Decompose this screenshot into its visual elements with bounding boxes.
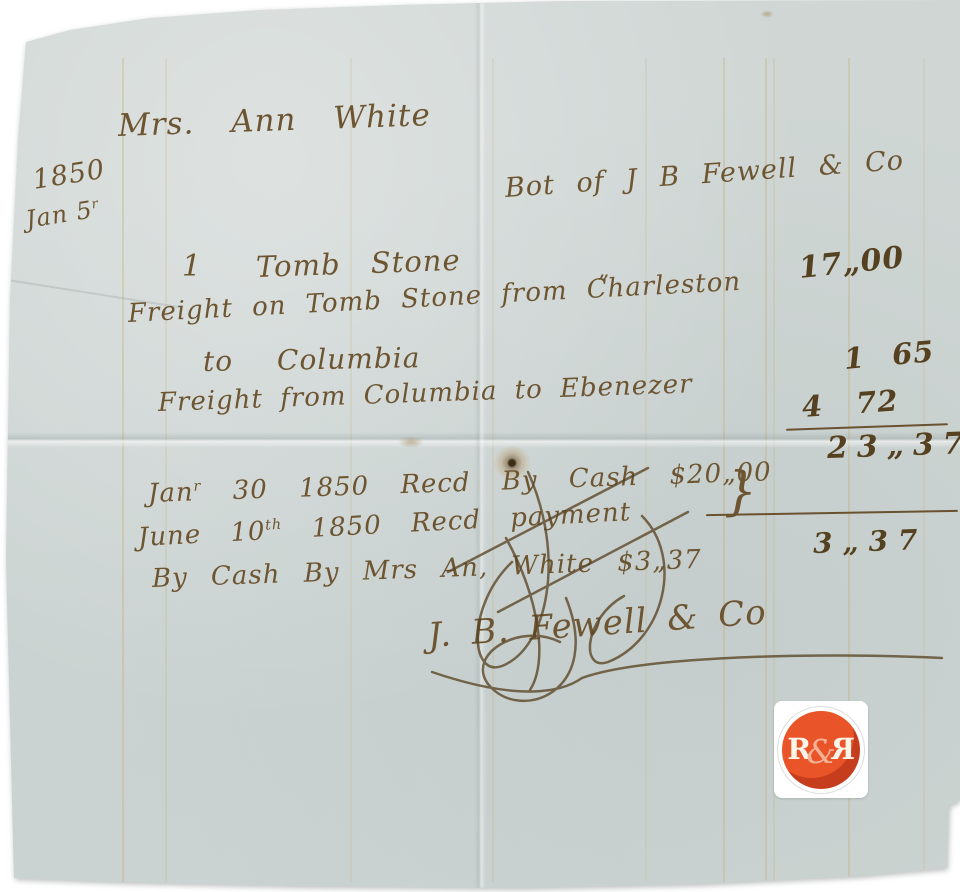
item-amount: 17„00: [797, 240, 906, 286]
item-amount: 4 72: [801, 383, 900, 424]
total-amount: 23„37: [826, 426, 960, 466]
payment-line: By Cash By Mrs An, White $3„37: [151, 545, 702, 594]
payment-date-suffix: r: [193, 478, 201, 494]
item-description-cont: to Columbia: [203, 341, 421, 378]
fold-crease-vertical: [474, 0, 486, 892]
receipt-year: 1850: [31, 154, 108, 196]
ledger-line: [350, 58, 352, 882]
logo-circle: R & R: [782, 711, 860, 789]
paper-smudge: [398, 436, 424, 448]
payment-date-suffix: th: [265, 517, 283, 534]
bought-of-line: Bot of J B Fewell & Co: [504, 145, 905, 204]
ledger-line: [923, 58, 925, 882]
ledger-line: [165, 58, 167, 882]
ledger-line: [122, 58, 124, 882]
receipt-date: Jan 5r: [24, 195, 102, 234]
balance-amount: 3„37: [812, 523, 928, 560]
payment-line: Janr 30 1850 Recd By Cash $20„00: [147, 457, 772, 509]
item-amount: 1 65: [843, 334, 936, 376]
logo-letter-r-mirrored: R: [831, 735, 855, 764]
date-suffix: r: [91, 196, 101, 212]
logo-ring: R & R: [777, 706, 865, 794]
ra-logo: R & R: [774, 701, 868, 798]
item-description: Tomb Stone: [255, 243, 461, 284]
item-qty: 1: [182, 249, 202, 284]
paper-smudge: [760, 10, 774, 18]
scan-canvas: Mrs. Ann White 1850 Bot of J B Fewell & …: [0, 0, 960, 892]
